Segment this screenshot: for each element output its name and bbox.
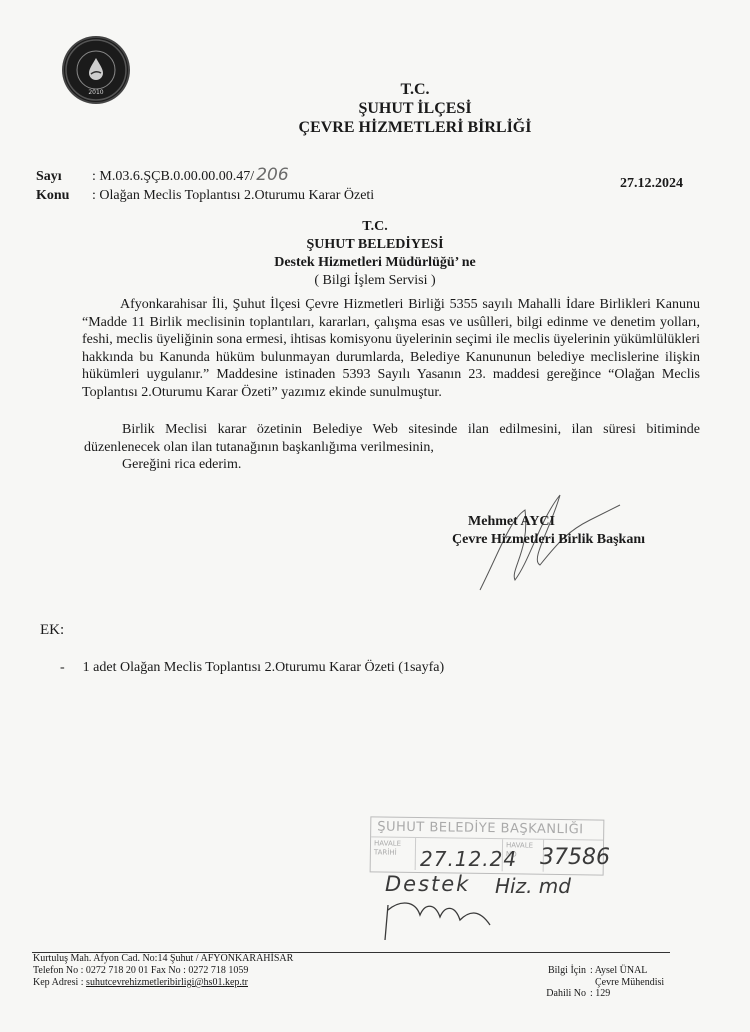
recipient-department: Destek Hizmetleri Müdürlüğü’ ne bbox=[0, 254, 750, 272]
letter-body: Afyonkarahisar İli, Şuhut İlçesi Çevre H… bbox=[84, 296, 700, 474]
attachment-bullet: - bbox=[60, 660, 65, 676]
signatory-title: Çevre Hizmetleri Birlik Başkanı bbox=[452, 531, 645, 549]
konu-label: Konu bbox=[36, 186, 92, 205]
recipient-tc: T.C. bbox=[0, 218, 750, 236]
header-tc: T.C. bbox=[0, 80, 750, 99]
info-name: : Aysel ÜNAL bbox=[590, 965, 647, 977]
recipient-service: ( Bilgi İşlem Servisi ) bbox=[0, 272, 750, 290]
stamp-handwritten-number: 37586 bbox=[540, 845, 610, 870]
footer-contact: Kurtuluş Mah. Afyon Cad. No:14 Şuhut / A… bbox=[33, 953, 293, 989]
footer-kep-label: Kep Adresi : bbox=[33, 977, 86, 988]
kep-address-link[interactable]: suhutcevrehizmetleribirligi@hs01.kep.tr bbox=[86, 977, 248, 988]
body-closing: Gereğini rica ederim. bbox=[84, 456, 700, 474]
footer-info: Bilgi İçin: Aysel ÜNAL Çevre Mühendisi D… bbox=[534, 965, 664, 1000]
attachment-text: 1 adet Olağan Meclis Toplantısı 2.Oturum… bbox=[83, 660, 444, 676]
document-meta: Sayı : M.03.6.ŞÇB.0.00.00.00.47/ 206 Kon… bbox=[36, 166, 374, 205]
konu-row: Konu : Olağan Meclis Toplantısı 2.Oturum… bbox=[36, 186, 374, 205]
footer-kep: Kep Adresi : suhutcevrehizmetleribirligi… bbox=[33, 977, 293, 989]
signature-block: Mehmet AYCI Çevre Hizmetleri Birlik Başk… bbox=[452, 513, 645, 549]
recipient-municipality: ŞUHUT BELEDİYESİ bbox=[0, 236, 750, 254]
signatory-name: Mehmet AYCI bbox=[452, 513, 645, 531]
attachment-item: - 1 adet Olağan Meclis Toplantısı 2.Otur… bbox=[60, 660, 444, 676]
stamp-havale-label: HAVALE TARİHİ bbox=[371, 837, 416, 870]
header-union: ÇEVRE HİZMETLERİ BİRLİĞİ bbox=[0, 118, 750, 137]
document-date: 27.12.2024 bbox=[620, 176, 683, 192]
sayi-label: Sayı bbox=[36, 167, 92, 186]
footer-phone: Telefon No : 0272 718 20 01 Fax No : 027… bbox=[33, 965, 293, 977]
konu-value: : Olağan Meclis Toplantısı 2.Oturumu Kar… bbox=[92, 186, 374, 205]
handwritten-initials-icon bbox=[380, 895, 580, 945]
header-district: ŞUHUT İLÇESİ bbox=[0, 99, 750, 118]
stamp-handwritten-note-1: Destek bbox=[385, 872, 470, 896]
sayi-row: Sayı : M.03.6.ŞÇB.0.00.00.00.47/ 206 bbox=[36, 166, 374, 186]
body-paragraph-1: Afyonkarahisar İli, Şuhut İlçesi Çevre H… bbox=[82, 296, 700, 401]
info-label: Bilgi İçin bbox=[534, 965, 590, 977]
attachments-label: EK: bbox=[40, 622, 64, 639]
issuer-header: T.C. ŞUHUT İLÇESİ ÇEVRE HİZMETLERİ BİRLİ… bbox=[0, 80, 750, 137]
body-paragraph-2: Birlik Meclisi karar özetinin Belediye W… bbox=[84, 421, 700, 456]
sayi-handwritten-number: 206 bbox=[256, 166, 288, 185]
stamp-handwritten-date: 27.12.24 bbox=[420, 847, 517, 871]
footer-address: Kurtuluş Mah. Afyon Cad. No:14 Şuhut / A… bbox=[33, 953, 293, 965]
ext-label: Dahili No bbox=[534, 988, 590, 1000]
info-title: Çevre Mühendisi bbox=[590, 977, 664, 989]
recipient-block: T.C. ŞUHUT BELEDİYESİ Destek Hizmetleri … bbox=[0, 218, 750, 290]
sayi-value: : M.03.6.ŞÇB.0.00.00.00.47/ bbox=[92, 167, 254, 186]
ext-value: : 129 bbox=[590, 988, 610, 1000]
